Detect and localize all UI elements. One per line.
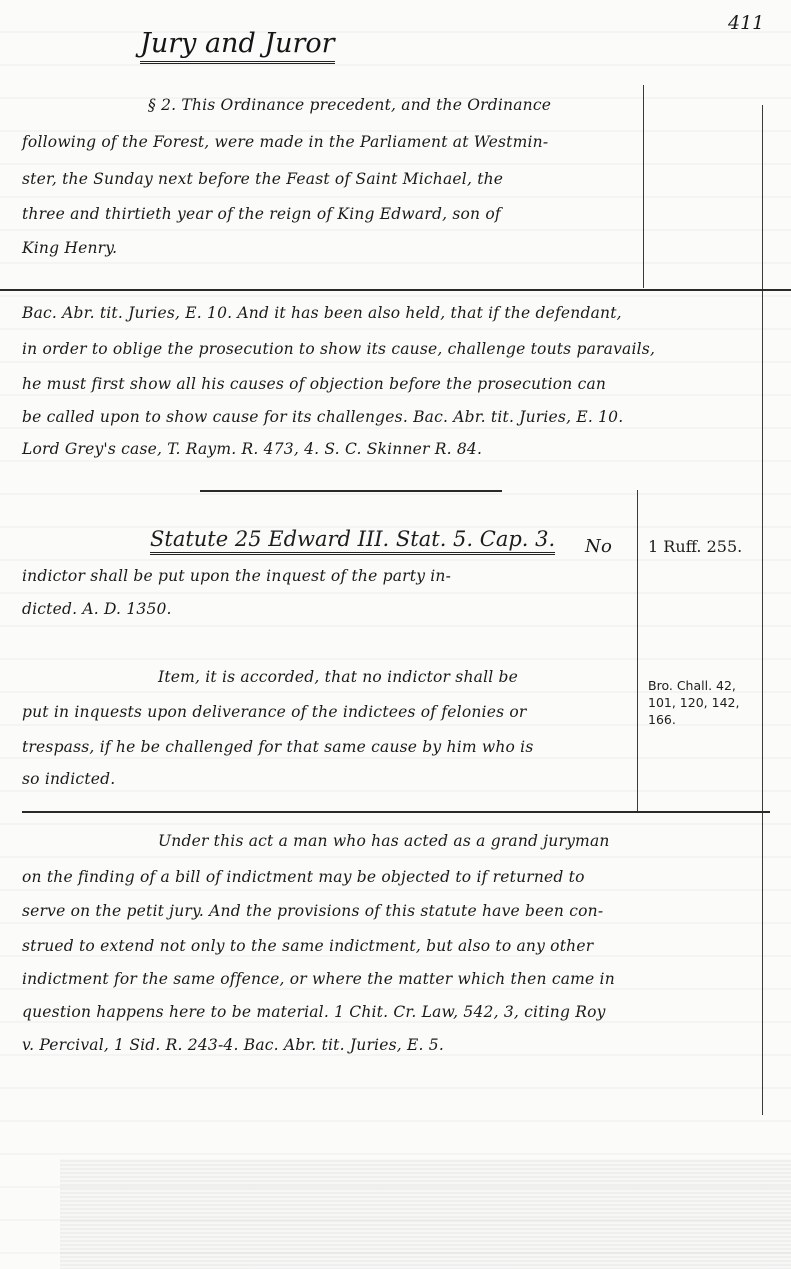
- text-line: trespass, if he be challenged for that s…: [22, 738, 534, 756]
- divider-short-center: [200, 490, 502, 492]
- divider-after-section4: [22, 811, 770, 813]
- text-line: following of the Forest, were made in th…: [22, 133, 548, 151]
- margin-citation: 1 Ruff. 255.: [648, 538, 742, 555]
- text-line: so indicted.: [22, 770, 115, 788]
- margin-citation: Bro. Chall. 42, 101, 120, 142, 166.: [648, 677, 739, 728]
- margin-note-line: Bro. Chall. 42,: [648, 677, 739, 694]
- text-line: Lord Grey's case, T. Raym. R. 473, 4. S.…: [22, 440, 482, 458]
- text-line: Bac. Abr. tit. Juries, E. 10. And it has…: [22, 304, 622, 322]
- text-line: three and thirtieth year of the reign of…: [22, 205, 501, 223]
- margin-rule-right: [762, 105, 763, 1115]
- manuscript-page: Jury and Juror 411 § 2. This Ordinance p…: [0, 0, 791, 1269]
- statute-heading: Statute 25 Edward III. Stat. 5. Cap. 3.: [150, 527, 555, 555]
- text-line: King Henry.: [22, 239, 117, 257]
- margin-rule-left-lower: [637, 490, 638, 812]
- heading-tail: No: [585, 536, 612, 557]
- text-line: strued to extend not only to the same in…: [22, 937, 593, 955]
- margin-note-line: 166.: [648, 711, 739, 728]
- scan-noise: [60, 1159, 791, 1269]
- text-line: dicted. A. D. 1350.: [22, 600, 172, 618]
- text-line: on the finding of a bill of indictment m…: [22, 868, 585, 886]
- text-line: he must first show all his causes of obj…: [22, 375, 606, 393]
- text-line: be called upon to show cause for its cha…: [22, 408, 623, 426]
- text-line: indictment for the same offence, or wher…: [22, 970, 615, 988]
- text-line: question happens here to be material. 1 …: [22, 1003, 606, 1021]
- text-line: put in inquests upon deliverance of the …: [22, 703, 527, 721]
- margin-rule-left: [643, 85, 644, 288]
- text-line: in order to oblige the prosecution to sh…: [22, 340, 655, 358]
- page-title: Jury and Juror: [140, 28, 335, 64]
- text-line: Under this act a man who has acted as a …: [158, 832, 610, 850]
- text-line: ster, the Sunday next before the Feast o…: [22, 170, 503, 188]
- text-line: serve on the petit jury. And the provisi…: [22, 902, 603, 920]
- text-line: v. Percival, 1 Sid. R. 243-4. Bac. Abr. …: [22, 1036, 444, 1054]
- divider-after-section1: [0, 289, 791, 291]
- page-number: 411: [728, 12, 764, 34]
- margin-note-line: 101, 120, 142,: [648, 694, 739, 711]
- text-line: § 2. This Ordinance precedent, and the O…: [148, 96, 551, 114]
- text-line: Item, it is accorded, that no indictor s…: [158, 668, 518, 686]
- text-line: indictor shall be put upon the inquest o…: [22, 567, 451, 585]
